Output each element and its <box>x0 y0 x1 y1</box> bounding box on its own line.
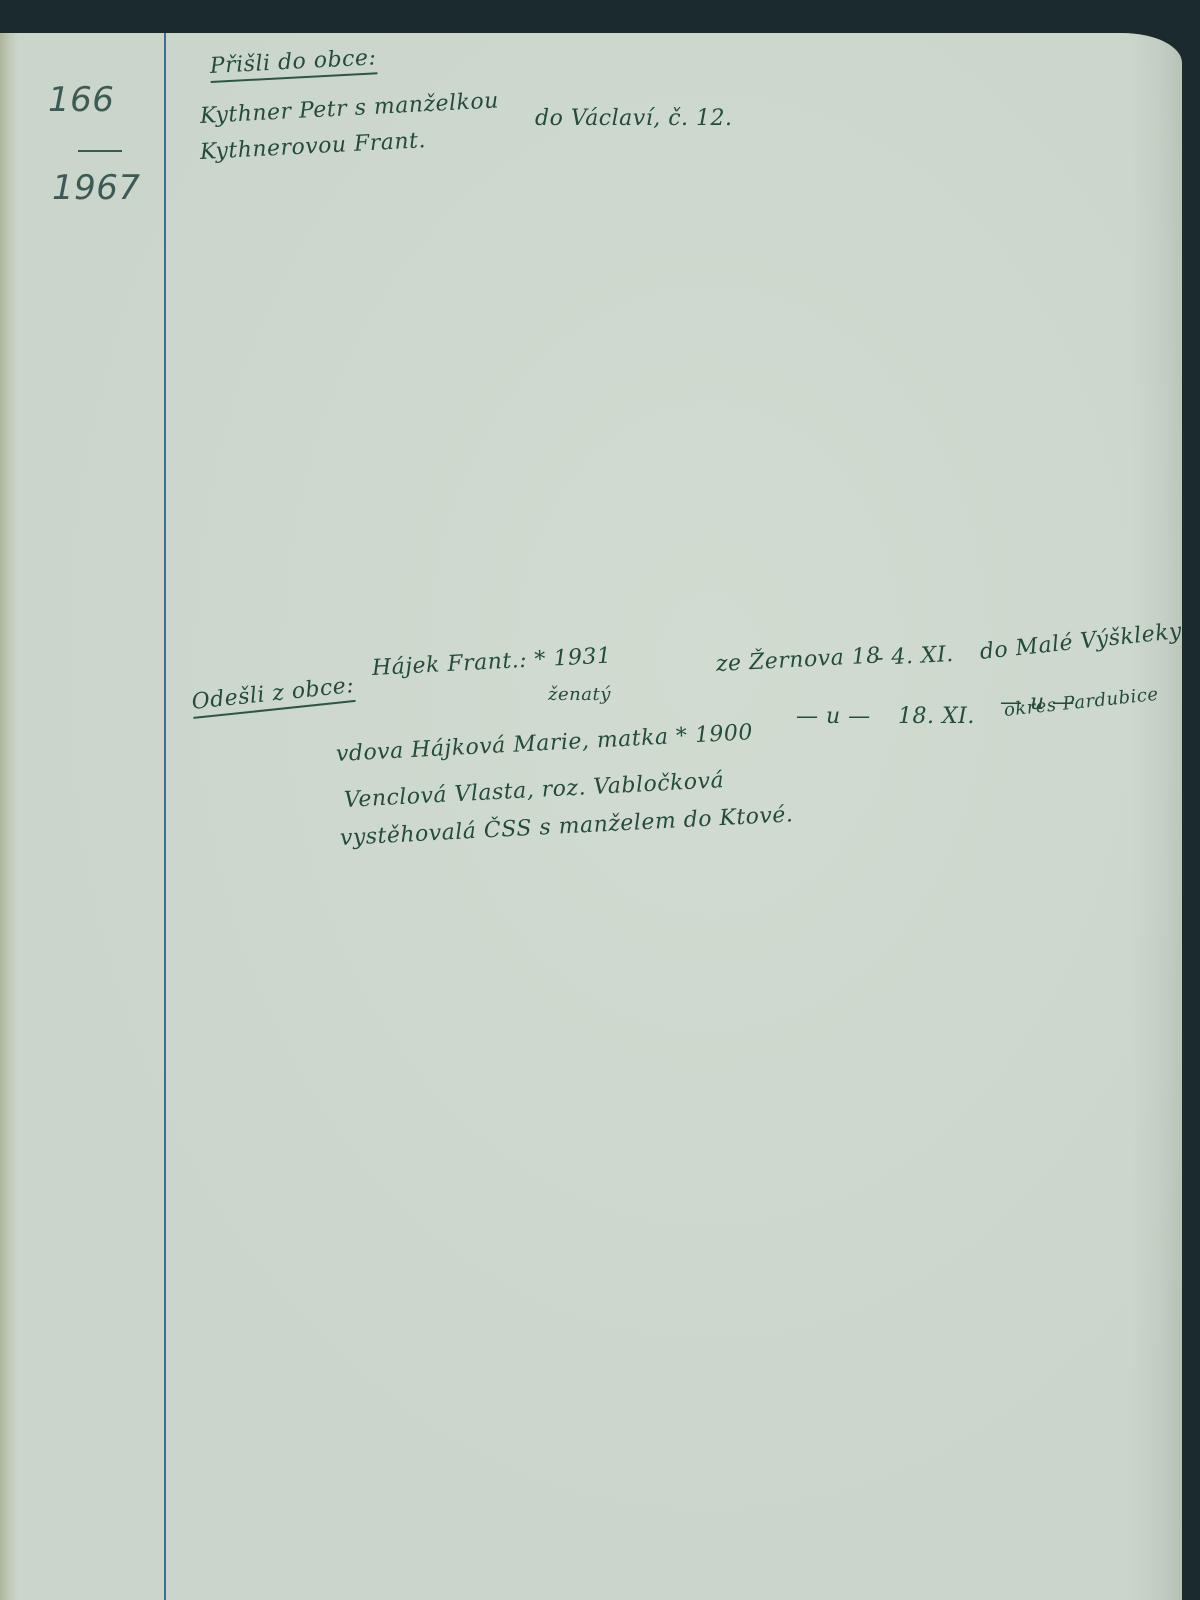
margin-divider <box>78 150 122 152</box>
margin-rule-line <box>164 33 166 1600</box>
margin-year: 1967 <box>52 168 141 208</box>
arrival-entry-destination: do Václaví, č. 12. <box>535 106 733 131</box>
departure-entry-1-date: - 4. XI. <box>875 642 954 671</box>
margin-page-number: 166 <box>48 80 114 120</box>
departure-entry-2-destination-ditto: — u — <box>1000 690 1075 715</box>
departure-entry-1-note: ženatý <box>548 684 611 705</box>
departure-entry-2-from-ditto: — u — <box>796 704 871 729</box>
departure-entry-2-date: 18. XI. <box>898 704 975 729</box>
